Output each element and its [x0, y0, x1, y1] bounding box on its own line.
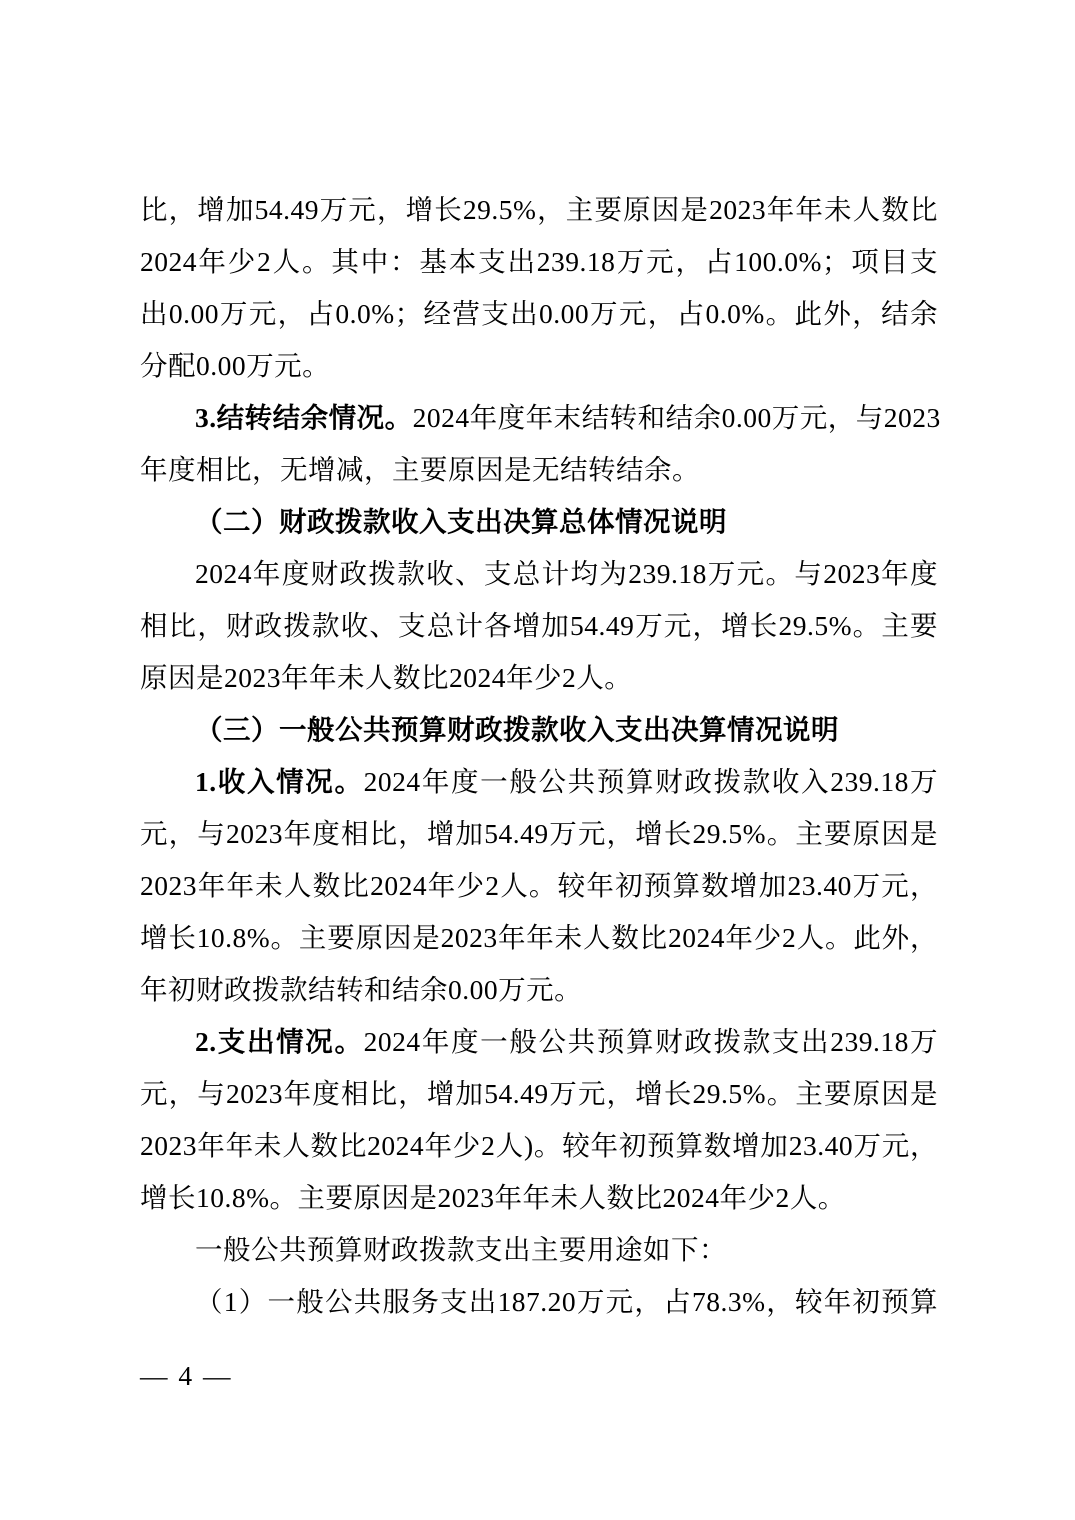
item-2-text: 2024年度一般公共预算财政拨款支出239.18万 [364, 1026, 938, 1057]
text-line: 年度相比，无增减，主要原因是无结转结余。 [140, 444, 938, 496]
item-2-expenditure-line: 2.支出情况。2024年度一般公共预算财政拨款支出239.18万 [140, 1016, 938, 1068]
usage-item-1-line: （1）一般公共服务支出187.20万元，占78.3%，较年初预算 [140, 1276, 938, 1328]
text-line: 2024年度财政拨款收、支总计均为239.18万元。与2023年度 [140, 548, 938, 600]
item-1-bold-lead: 1.收入情况。 [195, 766, 364, 797]
item-3-carryover-line: 3.结转结余情况。2024年度年末结转和结余0.00万元，与2023 [140, 392, 938, 444]
document-page: 比，增加54.49万元，增长29.5%，主要原因是2023年年未人数比 2024… [0, 0, 1075, 1520]
text-line: 原因是2023年年未人数比2024年少2人。 [140, 652, 938, 704]
item-1-text: 2024年度一般公共预算财政拨款收入239.18万 [364, 766, 938, 797]
usage-intro-line: 一般公共预算财政拨款支出主要用途如下： [140, 1224, 938, 1276]
section-heading-iii: （三）一般公共预算财政拨款收入支出决算情况说明 [140, 704, 938, 756]
item-1-income-line: 1.收入情况。2024年度一般公共预算财政拨款收入239.18万 [140, 756, 938, 808]
page-number: — 4 — [140, 1360, 233, 1391]
text-line: 出0.00万元，占0.0%；经营支出0.00万元，占0.0%。此外，结余 [140, 288, 938, 340]
text-line: 增长10.8%。主要原因是2023年年未人数比2024年少2人。 [140, 1172, 938, 1224]
text-line: 比，增加54.49万元，增长29.5%，主要原因是2023年年未人数比 [140, 184, 938, 236]
page-footer: — 4 — [140, 1356, 233, 1396]
document-body: 比，增加54.49万元，增长29.5%，主要原因是2023年年未人数比 2024… [140, 184, 938, 1328]
item-3-bold-lead: 3.结转结余情况。 [195, 402, 413, 433]
text-line: 增长10.8%。主要原因是2023年年未人数比2024年少2人。此外， [140, 912, 938, 964]
section-heading-ii: （二）财政拨款收入支出决算总体情况说明 [140, 496, 938, 548]
item-3-text: 2024年度年末结转和结余0.00万元，与2023 [413, 402, 941, 433]
text-line: 年初财政拨款结转和结余0.00万元。 [140, 964, 938, 1016]
item-2-bold-lead: 2.支出情况。 [195, 1026, 364, 1057]
text-line: 元，与2023年度相比，增加54.49万元，增长29.5%。主要原因是 [140, 808, 938, 860]
text-line: 元，与2023年度相比，增加54.49万元，增长29.5%。主要原因是 [140, 1068, 938, 1120]
text-line: 2024年少2人。其中：基本支出239.18万元，占100.0%；项目支 [140, 236, 938, 288]
text-line: 2023年年未人数比2024年少2人)。较年初预算数增加23.40万元， [140, 1120, 938, 1172]
text-line: 相比，财政拨款收、支总计各增加54.49万元，增长29.5%。主要 [140, 600, 938, 652]
text-line: 2023年年未人数比2024年少2人。较年初预算数增加23.40万元， [140, 860, 938, 912]
text-line: 分配0.00万元。 [140, 340, 938, 392]
